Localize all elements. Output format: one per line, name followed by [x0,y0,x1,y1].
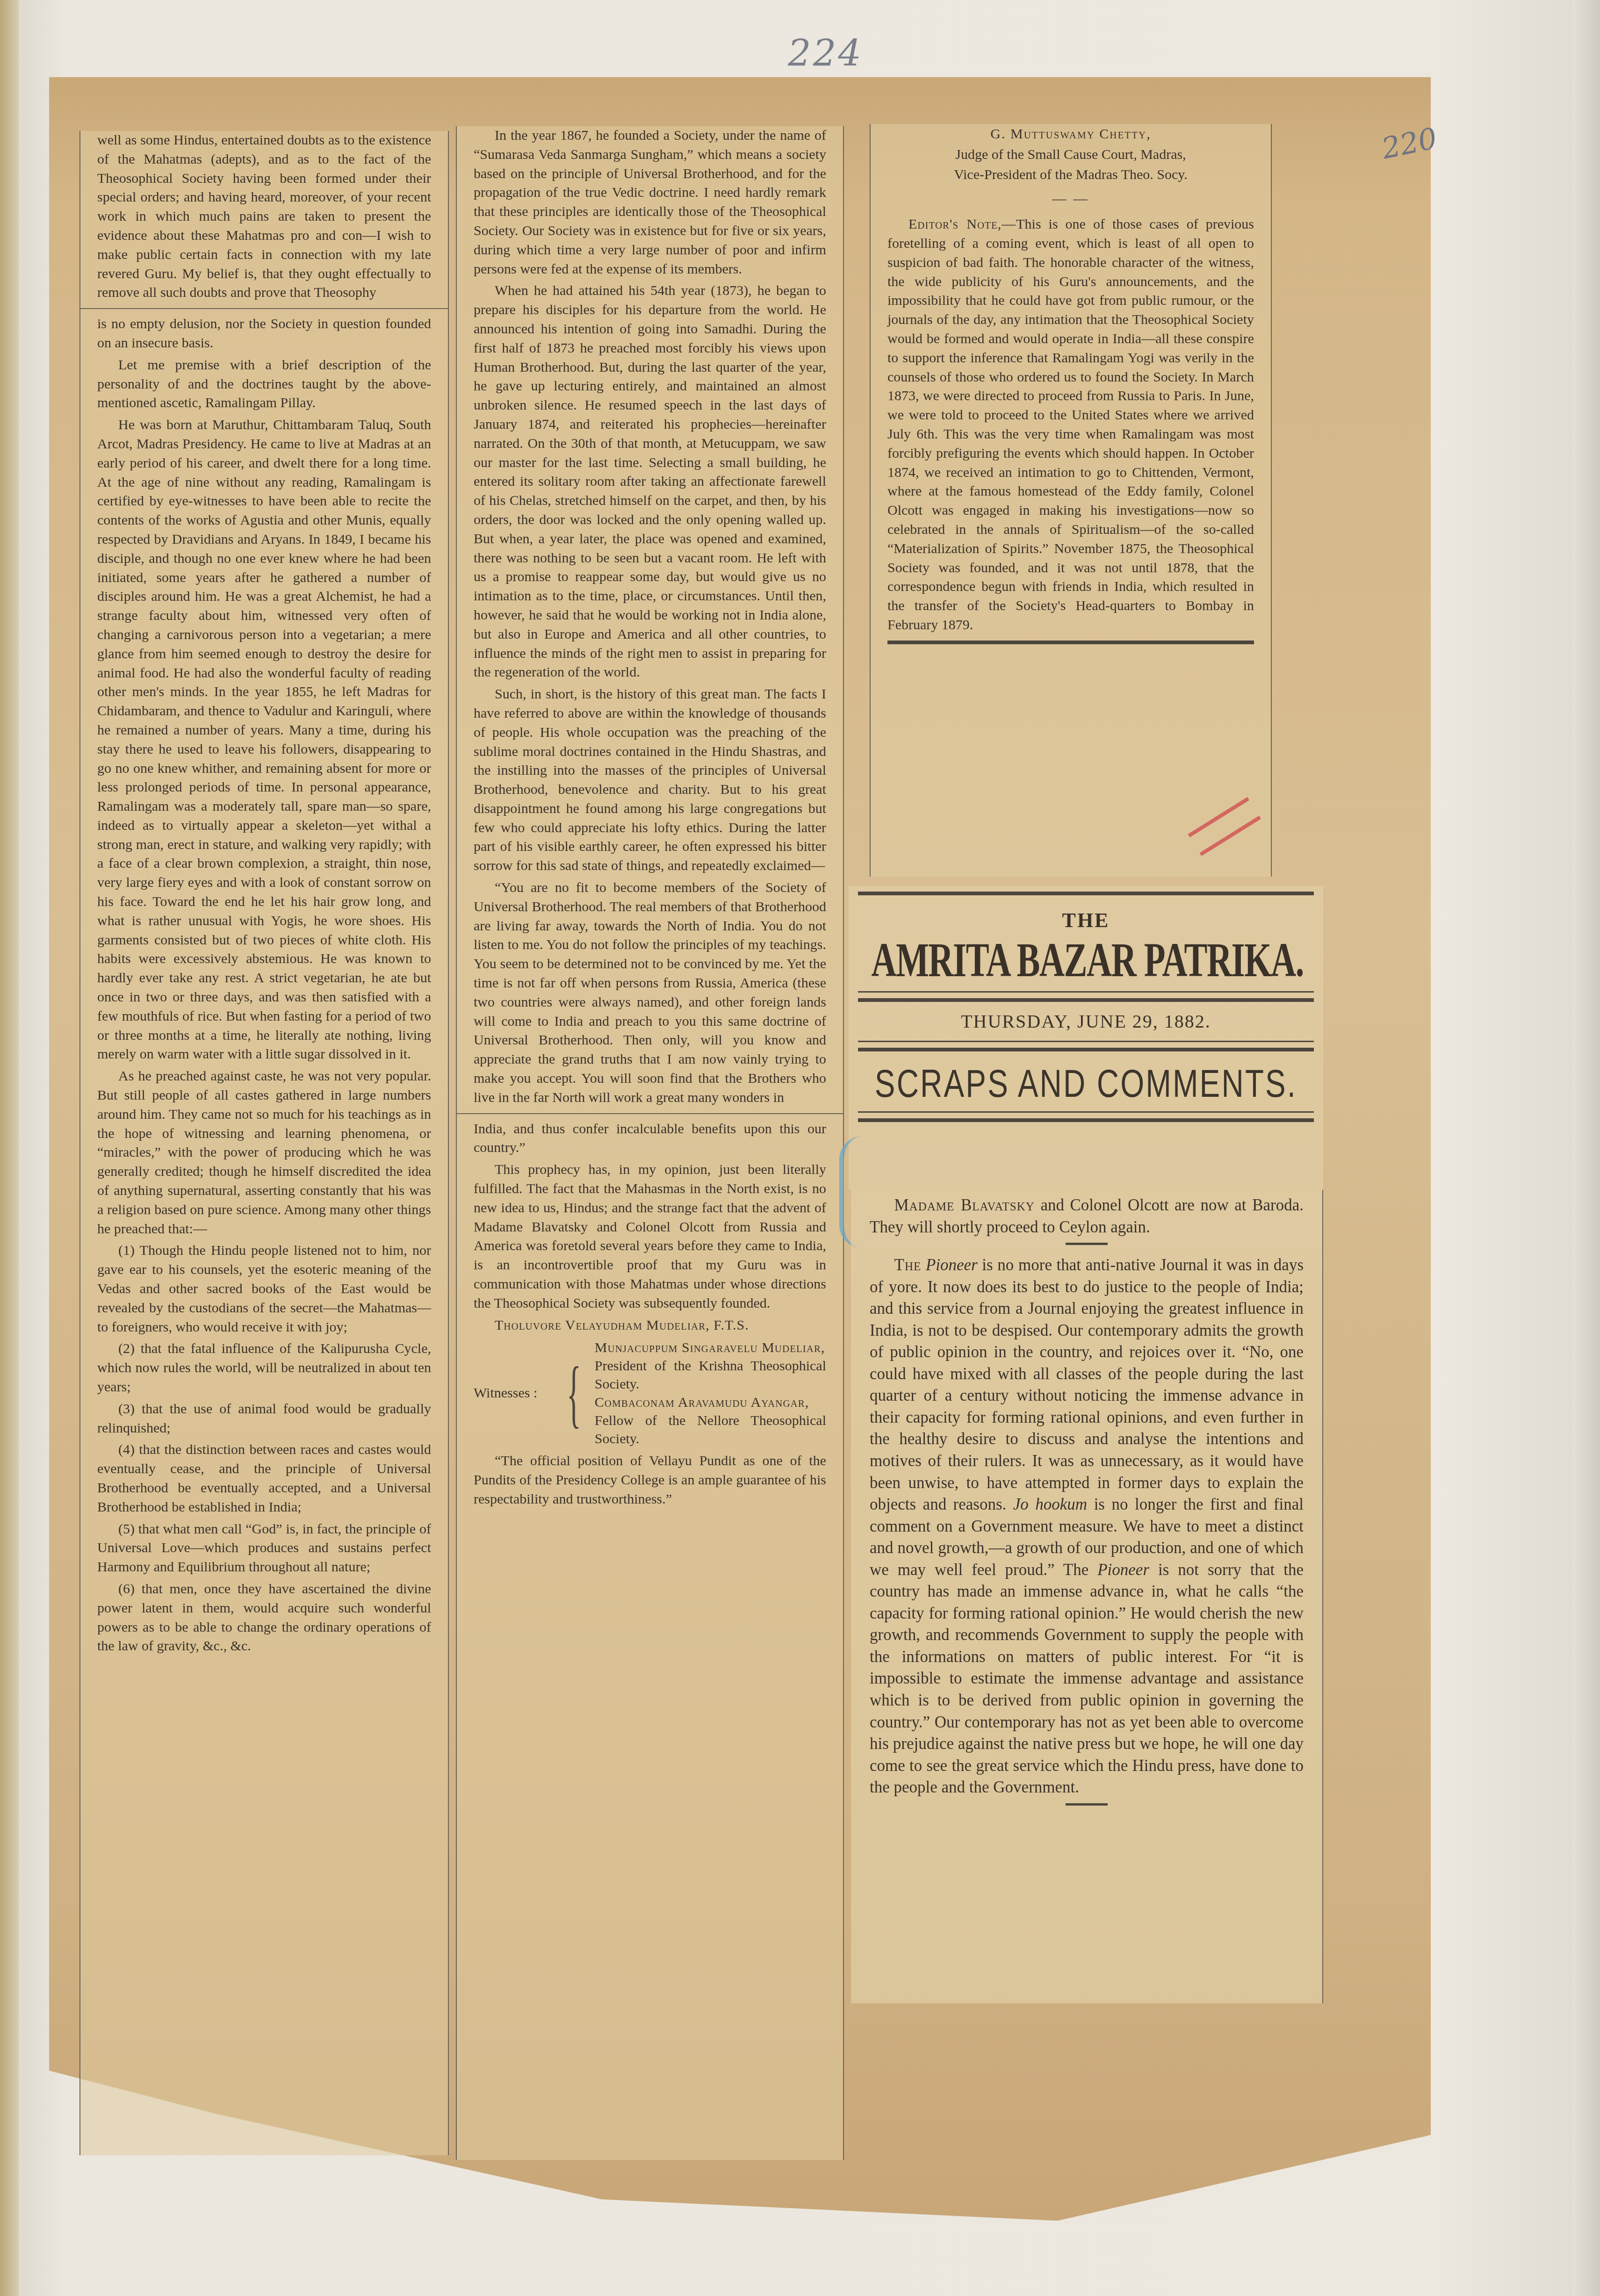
item-separator [1066,1803,1108,1806]
paragraph: As he preached against caste, he was not… [97,1067,431,1238]
editors-note-text: This is one of those cases of previous f… [887,216,1254,633]
masthead-rule [858,991,1314,993]
scrap-lead: The [894,1256,922,1274]
prophecy-item: (5) that what men call “God” is, in fact… [97,1520,431,1577]
separator: — — [887,190,1254,209]
curly-brace-icon: { [567,1356,581,1431]
paragraph: Let me premise with a brief description … [97,356,431,413]
scrap-item: Madame Blavatsky and Colonel Olcott are … [870,1195,1304,1238]
journal-name: Pioneer [926,1256,978,1274]
prophecy-item: (2) that the fatal influence of the Kali… [97,1339,431,1396]
signatory-title: Vice-President of the Madras Theo. Socy. [887,165,1254,185]
clipping-seam [457,1113,843,1114]
clipping-seam [80,308,448,309]
witness-list: Munjacuppum Singaravelu Mudeliar, Presid… [595,1339,826,1448]
prophecy-item: (4) that the distinction between races a… [97,1440,431,1517]
newspaper-title: AMRITA BAZAR PATRIKA. [872,932,1301,988]
page-right-edge [1572,0,1600,2296]
paragraph: In the year 1867, he founded a Society, … [474,126,826,279]
editors-note: Editor's Note,—This is one of those case… [887,215,1254,635]
editors-note-column: G. Muttuswamy Chetty, Judge of the Small… [870,124,1272,877]
witness-title: Fellow of the Nellore Theosophical Socie… [595,1411,826,1448]
masthead-rule [858,998,1314,1002]
masthead-rule [858,1048,1314,1051]
section-heading: SCRAPS AND COMMENTS. [865,1060,1308,1107]
quotation-paragraph: “You are no fit to become members of the… [474,878,826,1108]
section-rule [858,1118,1314,1122]
column-end-rule [887,641,1254,644]
paragraph: India, and thus confer incalculable bene… [474,1120,826,1158]
page-binding-edge [0,0,19,2296]
journal-name: Pioneer [1097,1561,1149,1579]
italic-phrase: Jo hookum [1013,1495,1087,1513]
article-column-middle: In the year 1867, he founded a Society, … [456,126,844,2160]
paragraph: Such, in short, is the history of this g… [474,685,826,876]
prophecy-item: (6) that men, once they have ascertained… [97,1580,431,1656]
masthead-rule [858,1041,1314,1042]
item-separator [1066,1243,1108,1245]
witness-name: Munjacuppum Singaravelu Mudeliar, [595,1339,826,1357]
author-signature: Tholuvore Velayudham Mudeliar, F.T.S. [474,1316,826,1335]
witnesses-label: Witnesses : [474,1384,553,1403]
section-rule [858,1111,1314,1113]
pencil-folio-number: 224 [788,33,863,75]
editors-note-label: Editor's Note,— [908,216,1016,232]
paragraph: well as some Hindus, entertained doubts … [97,131,431,302]
prophecy-item: (1) Though the Hindu people listened not… [97,1241,431,1337]
paragraph: He was born at Maruthur, Chittambaram Ta… [97,416,431,1064]
witness-name: Combaconam Aravamudu Ayangar, [595,1393,826,1411]
scrap-text: is no more that anti-native Journal it w… [870,1256,1304,1513]
signatory-title: Judge of the Small Cause Court, Madras, [887,144,1254,165]
article-column-left: well as some Hindus, entertained doubts … [79,131,449,2155]
scrap-text: is not sorry that the country has made a… [870,1561,1304,1796]
prophecy-item: (3) that the use of animal food would be… [97,1400,431,1438]
scraps-and-comments-body: Madame Blavatsky and Colonel Olcott are … [851,1190,1323,2003]
signature-block: G. Muttuswamy Chetty, Judge of the Small… [887,124,1254,185]
paragraph: When he had attained his 54th year (1873… [474,281,826,682]
album-page: 224 220 well as some Hindus, entertained… [0,0,1600,2296]
witnesses-block: Witnesses : { Munjacuppum Singaravelu Mu… [474,1339,826,1448]
newspaper-masthead: THE AMRITA BAZAR PATRIKA. THURSDAY, JUNE… [849,886,1323,1190]
masthead-rule [858,892,1314,895]
signatory-name: G. Muttuswamy Chetty, [887,124,1254,144]
scrap-lead: Madame Blavatsky [894,1196,1035,1214]
closing-quote: “The official position of Vellayu Pundit… [474,1452,826,1509]
paragraph: This prophecy has, in my opinion, just b… [474,1160,826,1313]
witness-title: President of the Krishna Theosophical So… [595,1357,826,1393]
paragraph: is no empty delusion, nor the Society in… [97,315,431,353]
masthead-the: THE [858,908,1314,932]
issue-date: THURSDAY, JUNE 29, 1882. [858,1010,1314,1032]
scrap-item: The Pioneer is no more that anti-native … [870,1254,1304,1799]
